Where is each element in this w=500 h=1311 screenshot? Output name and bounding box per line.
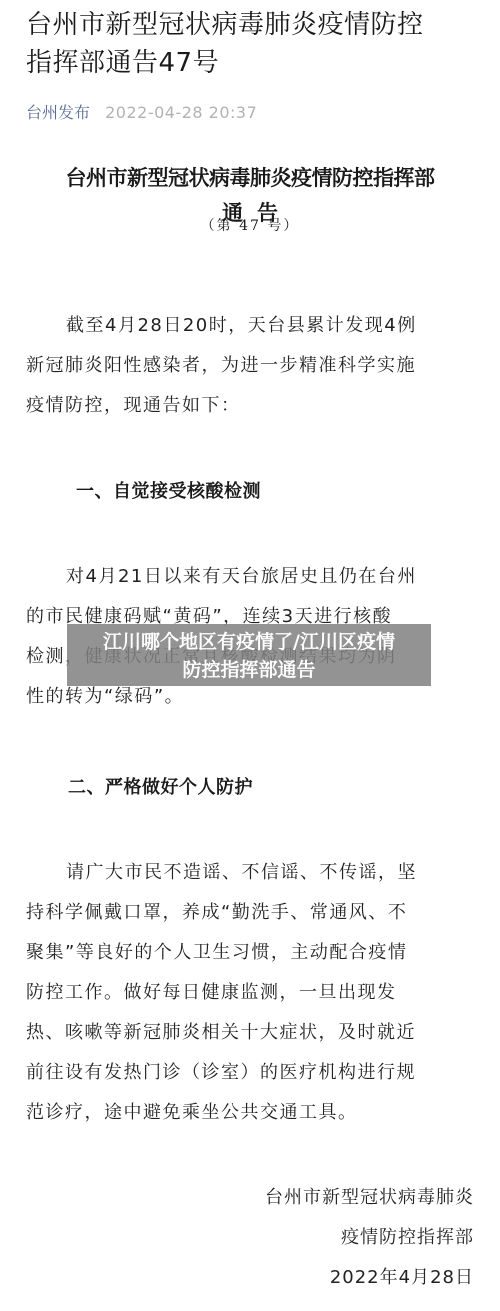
article-title: 台州市新型冠状病毒肺炎疫情防控 指挥部通告47号: [26, 6, 466, 82]
signature-date: 2022年4月28日: [265, 1258, 474, 1298]
overlay-caption-banner: 江川哪个地区有疫情了/江川区疫情 防控指挥部通告: [67, 624, 431, 686]
paragraph-line: 热、咳嗽等新冠肺炎相关十大症状，及时就近: [26, 1013, 474, 1053]
paragraph-line: 持科学佩戴口罩，养成“勤洗手、常通风、不: [26, 893, 474, 933]
overlay-caption-line: 江川哪个地区有疫情了/江川区疫情: [67, 628, 431, 656]
source-link[interactable]: 台州发布: [26, 103, 90, 122]
signature-org-line: 台州市新型冠状病毒肺炎: [265, 1178, 474, 1218]
overlay-caption-line: 防控指挥部通告: [67, 656, 431, 684]
article-meta: 台州发布 2022-04-28 20:37: [26, 102, 257, 124]
notice-org-heading: 台州市新型冠状病毒肺炎疫情防控指挥部: [0, 163, 500, 193]
paragraph-line: 请广大市民不造谣、不信谣、不传谣，坚: [26, 853, 474, 893]
notice-number: （第 47 号）: [0, 214, 500, 238]
section-heading-2: 二、严格做好个人防护: [68, 775, 253, 801]
paragraph-line: 疫情防控，现通告如下：: [26, 386, 474, 426]
signature-block: 台州市新型冠状病毒肺炎 疫情防控指挥部 2022年4月28日: [265, 1178, 474, 1298]
paragraph-line: 对4月21日以来有天台旅居史且仍在台州: [26, 557, 474, 597]
article-title-line: 台州市新型冠状病毒肺炎疫情防控: [26, 6, 466, 44]
paragraph-line: 前往设有发热门诊（诊室）的医疗机构进行规: [26, 1053, 474, 1093]
paragraph-line: 新冠肺炎阳性感染者，为进一步精准科学实施: [26, 346, 474, 386]
section-heading-1: 一、自觉接受核酸检测: [76, 479, 261, 505]
paragraph-line: 聚集”等良好的个人卫生习惯，主动配合疫情: [26, 933, 474, 973]
publish-timestamp: 2022-04-28 20:37: [105, 103, 257, 122]
intro-paragraph: 截至4月28日20时，天台县累计发现4例 新冠肺炎阳性感染者，为进一步精准科学实…: [26, 306, 474, 426]
section-2-paragraph: 请广大市民不造谣、不信谣、不传谣，坚 持科学佩戴口罩，养成“勤洗手、常通风、不 …: [26, 853, 474, 1133]
article-title-line: 指挥部通告47号: [26, 44, 466, 82]
paragraph-line: 范诊疗，途中避免乘坐公共交通工具。: [26, 1093, 474, 1133]
paragraph-line: 防控工作。做好每日健康监测，一旦出现发: [26, 973, 474, 1013]
signature-org-line: 疫情防控指挥部: [265, 1218, 474, 1258]
paragraph-line: 截至4月28日20时，天台县累计发现4例: [26, 306, 474, 346]
